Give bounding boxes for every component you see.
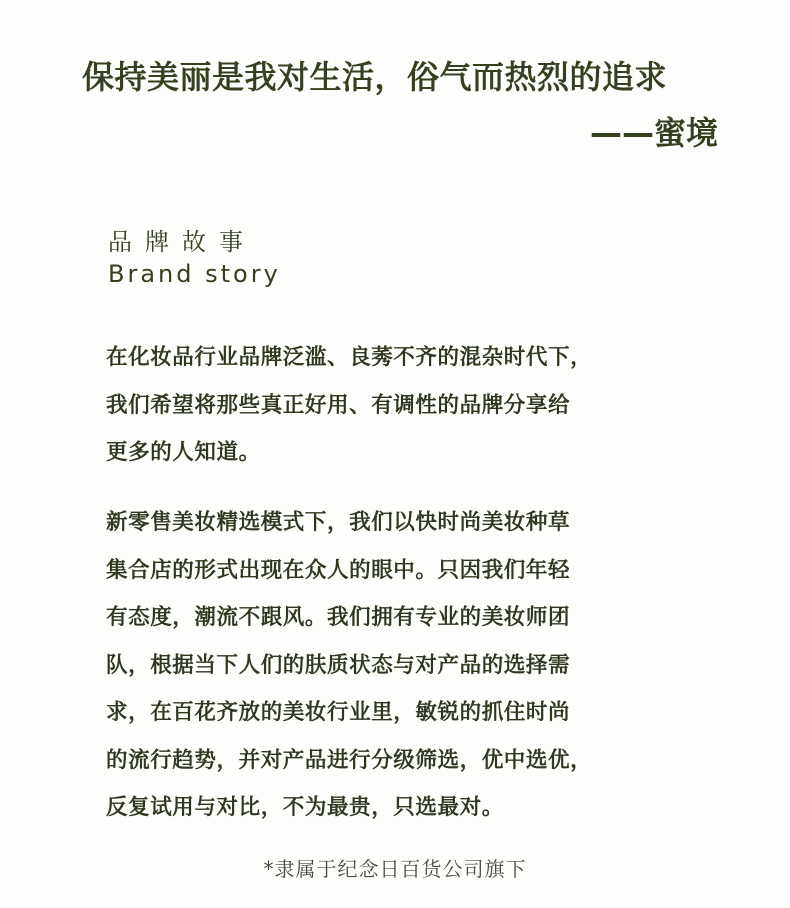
paragraph-line: 求，在百花齐放的美妆行业里，敏锐的抓住时尚 [106, 689, 706, 737]
paragraph-line: 反复试用与对比，不为最贵，只选最对。 [106, 784, 706, 832]
section-title-en: Brand story [108, 260, 281, 288]
paragraph-line: 更多的人知道。 [106, 429, 706, 477]
paragraph-line: 新零售美妆精选模式下，我们以快时尚美妆种草 [106, 499, 706, 547]
paragraph-line: 我们希望将那些真正好用、有调性的品牌分享给 [106, 382, 706, 430]
paragraph-line: 有态度，潮流不跟风。我们拥有专业的美妆师团 [106, 594, 706, 642]
paragraph-line: 的流行趋势，并对产品进行分级筛选，优中选优， [106, 737, 706, 785]
quote-author: ——蜜境 [590, 108, 718, 154]
paragraph-line: 集合店的形式出现在众人的眼中。只因我们年轻 [106, 547, 706, 595]
section-title-cn: 品牌故事 [108, 222, 256, 257]
paragraph-line: 队，根据当下人们的肤质状态与对产品的选择需 [106, 642, 706, 690]
brand-story-paragraph-2: 新零售美妆精选模式下，我们以快时尚美妆种草 集合店的形式出现在众人的眼中。只因我… [106, 499, 706, 832]
brand-story-paragraph-1: 在化妆品行业品牌泛滥、良莠不齐的混杂时代下， 我们希望将那些真正好用、有调性的品… [106, 334, 706, 477]
footer-note: *隶属于纪念日百货公司旗下 [0, 853, 790, 882]
paragraph-line: 在化妆品行业品牌泛滥、良莠不齐的混杂时代下， [106, 334, 706, 382]
brand-quote: 保持美丽是我对生活，俗气而热烈的追求 [82, 52, 667, 98]
